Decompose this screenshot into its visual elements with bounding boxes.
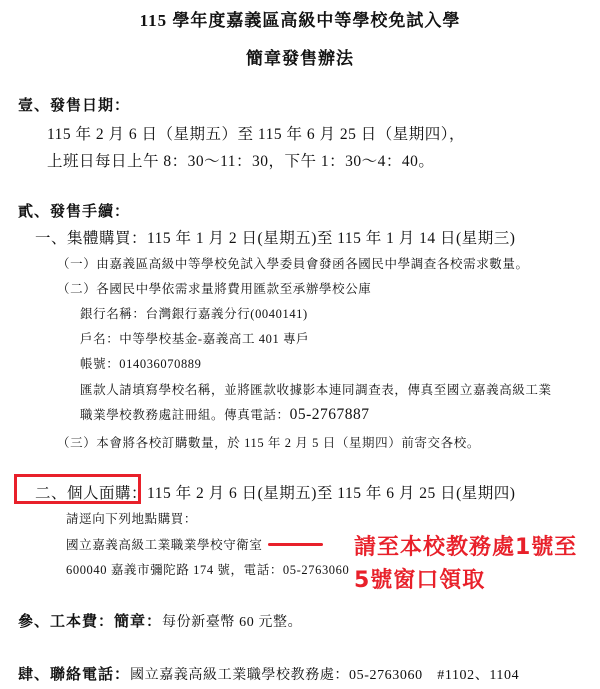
school-address: 600040 嘉義市彌陀路 174 號，電話：05-2763060 bbox=[66, 560, 349, 578]
bank-name: 銀行名稱：台灣銀行嘉義分行(0040141) bbox=[80, 304, 308, 322]
account-number: 帳號：014036070889 bbox=[80, 354, 202, 372]
strikethrough-line bbox=[268, 543, 323, 546]
section1-date-range: 115 年 2 月 6 日（星期五）至 115 年 6 月 25 日（星期四）， bbox=[47, 122, 465, 144]
section1-hours: 上班日每日上午 8：30～11：30，下午 1：30～4：40。 bbox=[47, 149, 434, 171]
section2-heading: 貳、發售手續： bbox=[18, 200, 130, 221]
section4: 肆、聯絡電話：國立嘉義高級工業職學校教務處：05-2763060 #1102、1… bbox=[18, 663, 519, 684]
purchase-location: 國立嘉義高級工業職業學校守衛室 bbox=[66, 535, 263, 553]
school-name: 國立嘉義高級工業職業學校 bbox=[66, 538, 223, 552]
group-purchase-step2: （二）各國民中學依需求量將費用匯款至承辦學校公庫 bbox=[57, 279, 371, 297]
remittance-note-line1: 匯款人請填寫學校名稱，並將匯款收據影本連同調查表，傳真至國立嘉義高級工業 bbox=[80, 380, 552, 398]
annotation-line2: 5號窗口領取 bbox=[354, 563, 485, 594]
section3: 參、工本費：簡章：每份新臺幣 60 元整。 bbox=[18, 610, 302, 631]
individual-purchase-dates: ：115 年 2 月 6 日(星期五)至 115 年 6 月 25 日(星期四) bbox=[131, 485, 515, 502]
section4-heading: 肆、聯絡電話： bbox=[18, 667, 130, 683]
group-purchase-step1: （一）由嘉義區高級中等學校免試入學委員會發函各國民中學調查各校需求數量。 bbox=[57, 254, 529, 272]
section3-fee: 每份新臺幣 60 元整。 bbox=[162, 615, 302, 630]
remittance-note-text: 職業學校教務處註冊組。傳真電話： bbox=[80, 408, 290, 422]
individual-purchase-label: 二、個人面購 bbox=[35, 485, 131, 502]
document-title-line1: 115 學年度嘉義區高級中等學校免試入學 bbox=[0, 6, 600, 31]
section3-heading: 參、工本費：簡章： bbox=[18, 614, 162, 630]
remittance-note-line2: 職業學校教務處註冊組。傳真電話：05-2767887 bbox=[80, 405, 370, 424]
account-name: 戶名：中等學校基金-嘉義高工 401 專戶 bbox=[80, 329, 309, 347]
section4-contact: 國立嘉義高級工業職學校教務處：05-2763060 #1102、1104 bbox=[130, 668, 519, 683]
struck-location: 守衛室 bbox=[223, 538, 262, 552]
group-purchase-label: 一、集體購買：115 年 1 月 2 日(星期五)至 115 年 1 月 14 … bbox=[35, 226, 515, 248]
fax-number: 05-2767887 bbox=[290, 406, 370, 423]
annotation-line1: 請至本校教務處1號至 bbox=[354, 530, 577, 561]
section1-heading: 壹、發售日期： bbox=[18, 94, 130, 115]
individual-purchase-line: 二、個人面購：115 年 2 月 6 日(星期五)至 115 年 6 月 25 … bbox=[35, 481, 515, 503]
group-purchase-step3: （三）本會將各校訂購數量，於 115 年 2 月 5 日（星期四）前寄交各校。 bbox=[57, 433, 480, 451]
purchase-location-intro: 請逕向下列地點購買： bbox=[66, 509, 197, 527]
document-title-line2: 簡章發售辦法 bbox=[0, 44, 600, 69]
